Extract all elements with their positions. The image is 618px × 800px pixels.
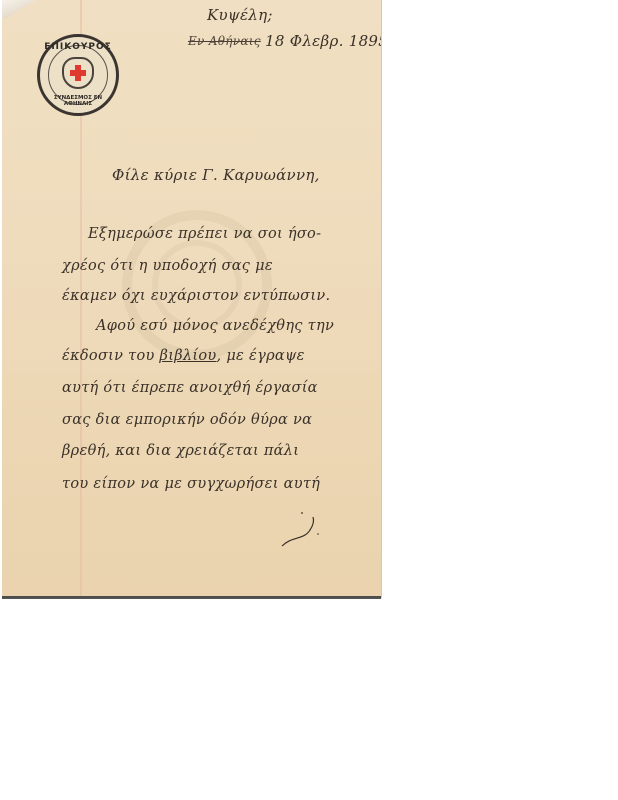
seal-top-text: ΕΠΙΚΟΥΡΟΣ xyxy=(40,42,116,52)
salutation: Φίλε κύριε Γ. Καρυωάννη, xyxy=(112,166,320,184)
body-line: αυτή ότι έπρεπε ανοιχθή έργασία xyxy=(62,380,318,396)
red-cross-icon xyxy=(70,65,86,81)
body-line: σας δια εμπορικήν οδόν θύρα να xyxy=(62,412,312,428)
struck-place: Εν Αθήναις xyxy=(188,34,261,48)
body-line: βρεθή, και δια χρειάζεται πάλι xyxy=(62,443,299,459)
letter-page: ΕΠΙΚΟΥΡΟΣ ΣΥΝΔΕΣΜΟΣ ΕΝ ΑΘΗΝΑΙΣ Κυψέλη; Ε… xyxy=(2,0,381,598)
body-line: έκδοσιν του βιβλίου, με έγραψε xyxy=(62,348,305,364)
letterhead-seal: ΕΠΙΚΟΥΡΟΣ ΣΥΝΔΕΣΜΟΣ ΕΝ ΑΘΗΝΑΙΣ xyxy=(37,34,119,116)
watermark-seal-inner xyxy=(152,240,242,330)
seal-bottom-text: ΣΥΝΔΕΣΜΟΣ ΕΝ ΑΘΗΝΑΙΣ xyxy=(40,95,116,107)
body-line: Εξημερώσε πρέπει να σοι ήσο- xyxy=(88,226,321,242)
body-line: Αφού εσύ μόνος ανεδέχθης την xyxy=(96,318,334,334)
signature-flourish-icon xyxy=(278,510,328,550)
body-line: χρέος ότι η υποδοχή σας με xyxy=(62,258,273,274)
letter-date: 18 Φλεβρ. 1895 xyxy=(265,32,381,50)
body-line: έκαμεν όχι ευχάριστον εντύπωσιν. xyxy=(62,288,330,304)
letter-place: Κυψέλη; xyxy=(207,6,273,24)
folded-corner xyxy=(2,0,36,18)
body-line: του είπον να με συγχωρήσει αυτή xyxy=(62,476,320,492)
underlined-word: βιβλίου xyxy=(160,348,217,364)
